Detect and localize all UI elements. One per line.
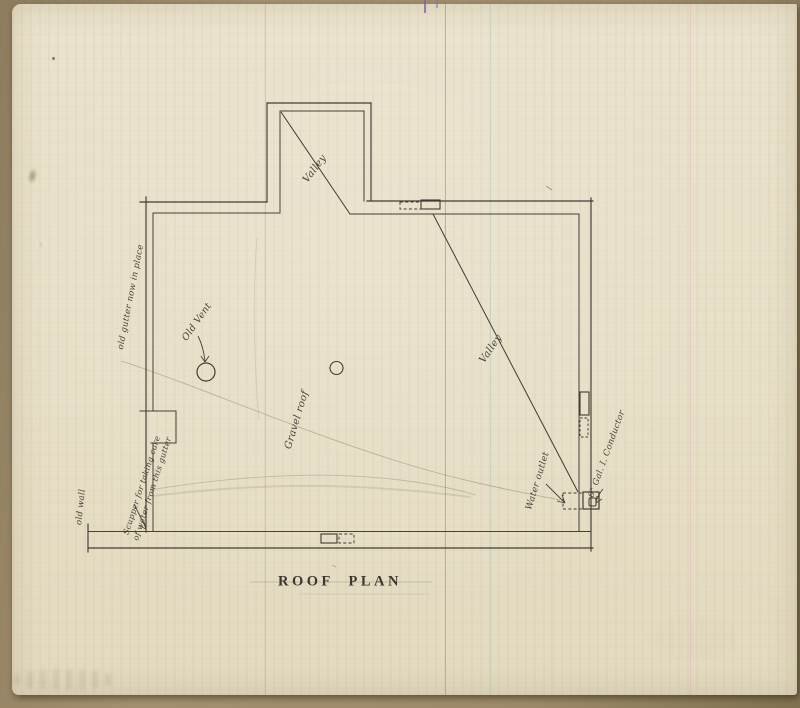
valley-line-main: [433, 214, 578, 492]
outlet-detail-bottom: [321, 534, 354, 543]
roof-plan-drawing: [0, 0, 800, 708]
water-outlet-arrow: [546, 484, 565, 503]
old-vent-circle: [197, 363, 215, 381]
scanned-drawing: Valley Valley Old Vent Gravel roof old g…: [0, 0, 800, 708]
wall-detail-right: [580, 392, 589, 437]
pencil-construction-lines: [121, 186, 560, 567]
roof-outline-outer: [88, 103, 593, 552]
drawing-title: ROOF PLAN: [278, 574, 402, 591]
old-vent-leader: [198, 336, 209, 362]
small-vent-circle: [330, 362, 343, 375]
